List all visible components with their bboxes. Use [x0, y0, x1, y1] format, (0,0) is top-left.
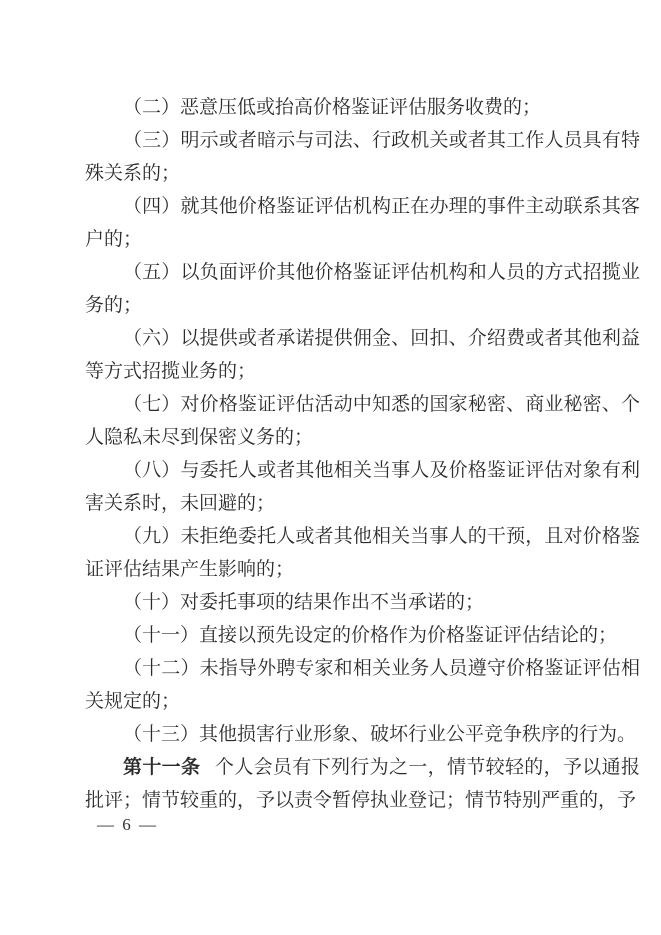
- clause-item: （十三）其他损害行业形象、破坏行业公平竞争秩序的行为。: [85, 718, 640, 751]
- article-paragraph: 第十一条个人会员有下列行为之一，情节较轻的，予以通报批评；情节较重的，予以责令暂…: [85, 751, 640, 817]
- clause-item: （八）与委托人或者其他相关当事人及价格鉴证评估对象有利害关系时，未回避的；: [85, 454, 640, 520]
- clause-item: （四）就其他价格鉴证评估机构正在办理的事件主动联系其客户的；: [85, 190, 640, 256]
- document-page: （二）恶意压低或抬高价格鉴证评估服务收费的； （三）明示或者暗示与司法、行政机关…: [0, 0, 661, 935]
- page-number: — 6 —: [97, 814, 158, 836]
- article-number: 第十一条: [123, 757, 200, 778]
- clause-item: （十二）未指导外聘专家和相关业务人员遵守价格鉴证评估相关规定的；: [85, 652, 640, 718]
- document-body: （二）恶意压低或抬高价格鉴证评估服务收费的； （三）明示或者暗示与司法、行政机关…: [85, 91, 640, 817]
- clause-item: （三）明示或者暗示与司法、行政机关或者其工作人员具有特殊关系的；: [85, 124, 640, 190]
- clause-item: （十一）直接以预先设定的价格作为价格鉴证评估结论的；: [85, 619, 640, 652]
- clause-item: （二）恶意压低或抬高价格鉴证评估服务收费的；: [85, 91, 640, 124]
- clause-item: （五）以负面评价其他价格鉴证评估机构和人员的方式招揽业务的；: [85, 256, 640, 322]
- clause-item: （七）对价格鉴证评估活动中知悉的国家秘密、商业秘密、个人隐私未尽到保密义务的；: [85, 388, 640, 454]
- clause-item: （十）对委托事项的结果作出不当承诺的；: [85, 586, 640, 619]
- clause-item: （九）未拒绝委托人或者其他相关当事人的干预，且对价格鉴证评估结果产生影响的；: [85, 520, 640, 586]
- clause-item: （六）以提供或者承诺提供佣金、回扣、介绍费或者其他利益等方式招揽业务的；: [85, 322, 640, 388]
